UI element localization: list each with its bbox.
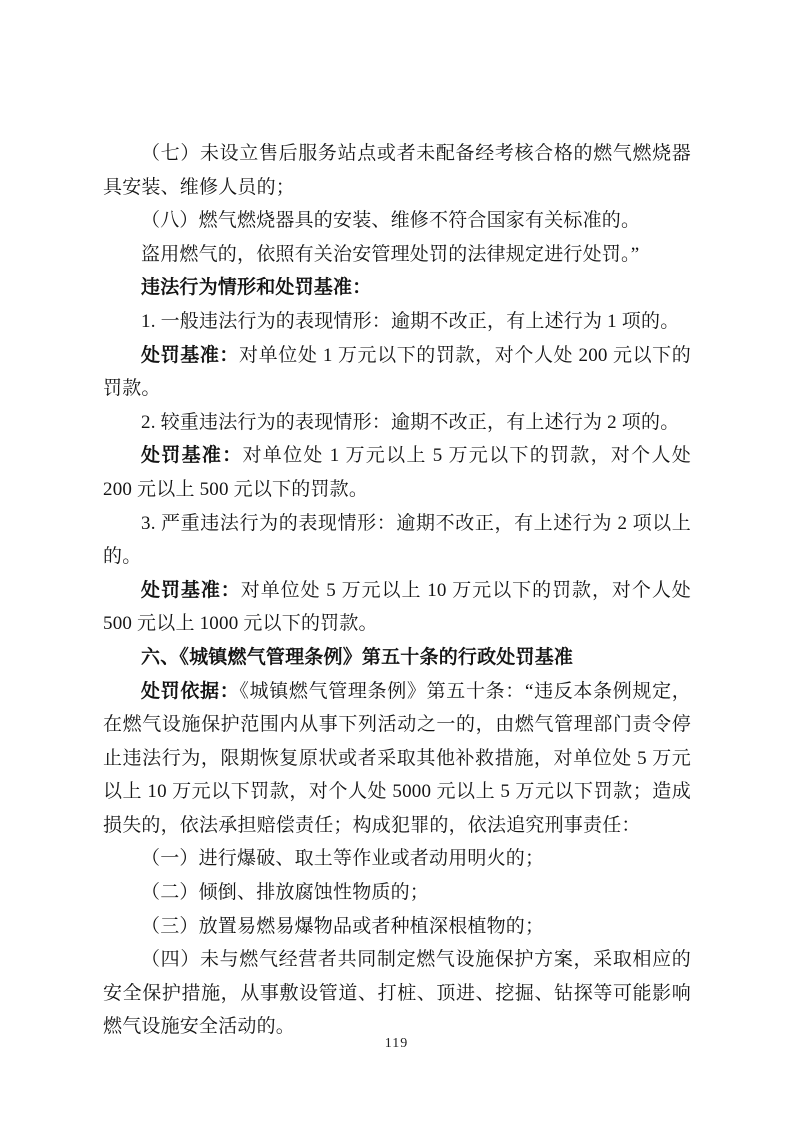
paragraph-text: 违法行为情形和处罚基准： xyxy=(141,277,371,298)
paragraph-text: 《城镇燃气管理条例》第五十条：“违反本条例规定，在燃气设施保护范围内从事下列活动… xyxy=(103,681,691,836)
paragraph-text: 2. 较重违法行为的表现情形：逾期不改正，有上述行为 2 项的。 xyxy=(141,412,679,433)
gas-theft-clause: 盗用燃气的，依照有关治安管理处罚的法律规定进行处罚。” xyxy=(103,238,691,272)
paragraph-text: （一）进行爆破、取土等作业或者动用明火的； xyxy=(141,848,544,869)
chapter-heading-article-50: 六、《城镇燃气管理条例》第五十条的行政处罚基准 xyxy=(103,641,691,675)
paragraph-text: （二）倾倒、排放腐蚀性物质的； xyxy=(141,882,429,903)
clause-7: （七）未设立售后服务站点或者未配备经考核合格的燃气燃烧器具安装、维修人员的； xyxy=(103,137,691,204)
document-page: （七）未设立售后服务站点或者未配备经考核合格的燃气燃烧器具安装、维修人员的； （… xyxy=(0,0,793,1122)
penalty-basis-article-50: 处罚依据：《城镇燃气管理条例》第五十条：“违反本条例规定，在燃气设施保护范围内从… xyxy=(103,675,691,843)
paragraph-text: （三）放置易燃易爆物品或者种植深根植物的； xyxy=(141,916,544,937)
prohibited-activity-1: （一）进行爆破、取土等作业或者动用明火的； xyxy=(103,842,691,876)
prohibited-activity-2: （二）倾倒、排放腐蚀性物质的； xyxy=(103,876,691,910)
paragraph-lead: 处罚依据： xyxy=(141,681,239,702)
prohibited-activity-3: （三）放置易燃易爆物品或者种植深根植物的； xyxy=(103,910,691,944)
paragraph-text: 六、《城镇燃气管理条例》第五十条的行政处罚基准 xyxy=(141,647,573,668)
item-2-serious-violation: 2. 较重违法行为的表现情形：逾期不改正，有上述行为 2 项的。 xyxy=(103,406,691,440)
page-number: 119 xyxy=(0,1036,793,1052)
paragraph-lead: 处罚基准： xyxy=(141,445,243,466)
text-block: （七）未设立售后服务站点或者未配备经考核合格的燃气燃烧器具安装、维修人员的； （… xyxy=(103,137,691,1044)
paragraph-lead: 处罚基准： xyxy=(141,345,239,366)
paragraph-text: 1. 一般违法行为的表现情形：逾期不改正，有上述行为 1 项的。 xyxy=(141,311,679,332)
section-heading-violation-standards: 违法行为情形和处罚基准： xyxy=(103,271,691,305)
item-3-severe-violation: 3. 严重违法行为的表现情形：逾期不改正，有上述行为 2 项以上的。 xyxy=(103,507,691,574)
paragraph-lead: 处罚基准： xyxy=(141,580,241,601)
penalty-standard-2: 处罚基准：对单位处 1 万元以上 5 万元以下的罚款，对个人处 200 元以上 … xyxy=(103,439,691,506)
clause-8: （八）燃气燃烧器具的安装、维修不符合国家有关标准的。 xyxy=(103,204,691,238)
paragraph-text: 盗用燃气的，依照有关治安管理处罚的法律规定进行处罚。” xyxy=(141,244,639,265)
penalty-standard-1: 处罚基准：对单位处 1 万元以下的罚款，对个人处 200 元以下的罚款。 xyxy=(103,339,691,406)
prohibited-activity-4: （四）未与燃气经营者共同制定燃气设施保护方案，采取相应的安全保护措施，从事敷设管… xyxy=(103,943,691,1044)
paragraph-text: 3. 严重违法行为的表现情形：逾期不改正，有上述行为 2 项以上的。 xyxy=(103,513,691,568)
penalty-standard-3: 处罚基准：对单位处 5 万元以上 10 万元以下的罚款，对个人处 500 元以上… xyxy=(103,574,691,641)
paragraph-text: （四）未与燃气经营者共同制定燃气设施保护方案，采取相应的安全保护措施，从事敷设管… xyxy=(103,949,691,1037)
paragraph-text: （七）未设立售后服务站点或者未配备经考核合格的燃气燃烧器具安装、维修人员的； xyxy=(103,143,691,198)
paragraph-text: （八）燃气燃烧器具的安装、维修不符合国家有关标准的。 xyxy=(141,210,640,231)
item-1-general-violation: 1. 一般违法行为的表现情形：逾期不改正，有上述行为 1 项的。 xyxy=(103,305,691,339)
